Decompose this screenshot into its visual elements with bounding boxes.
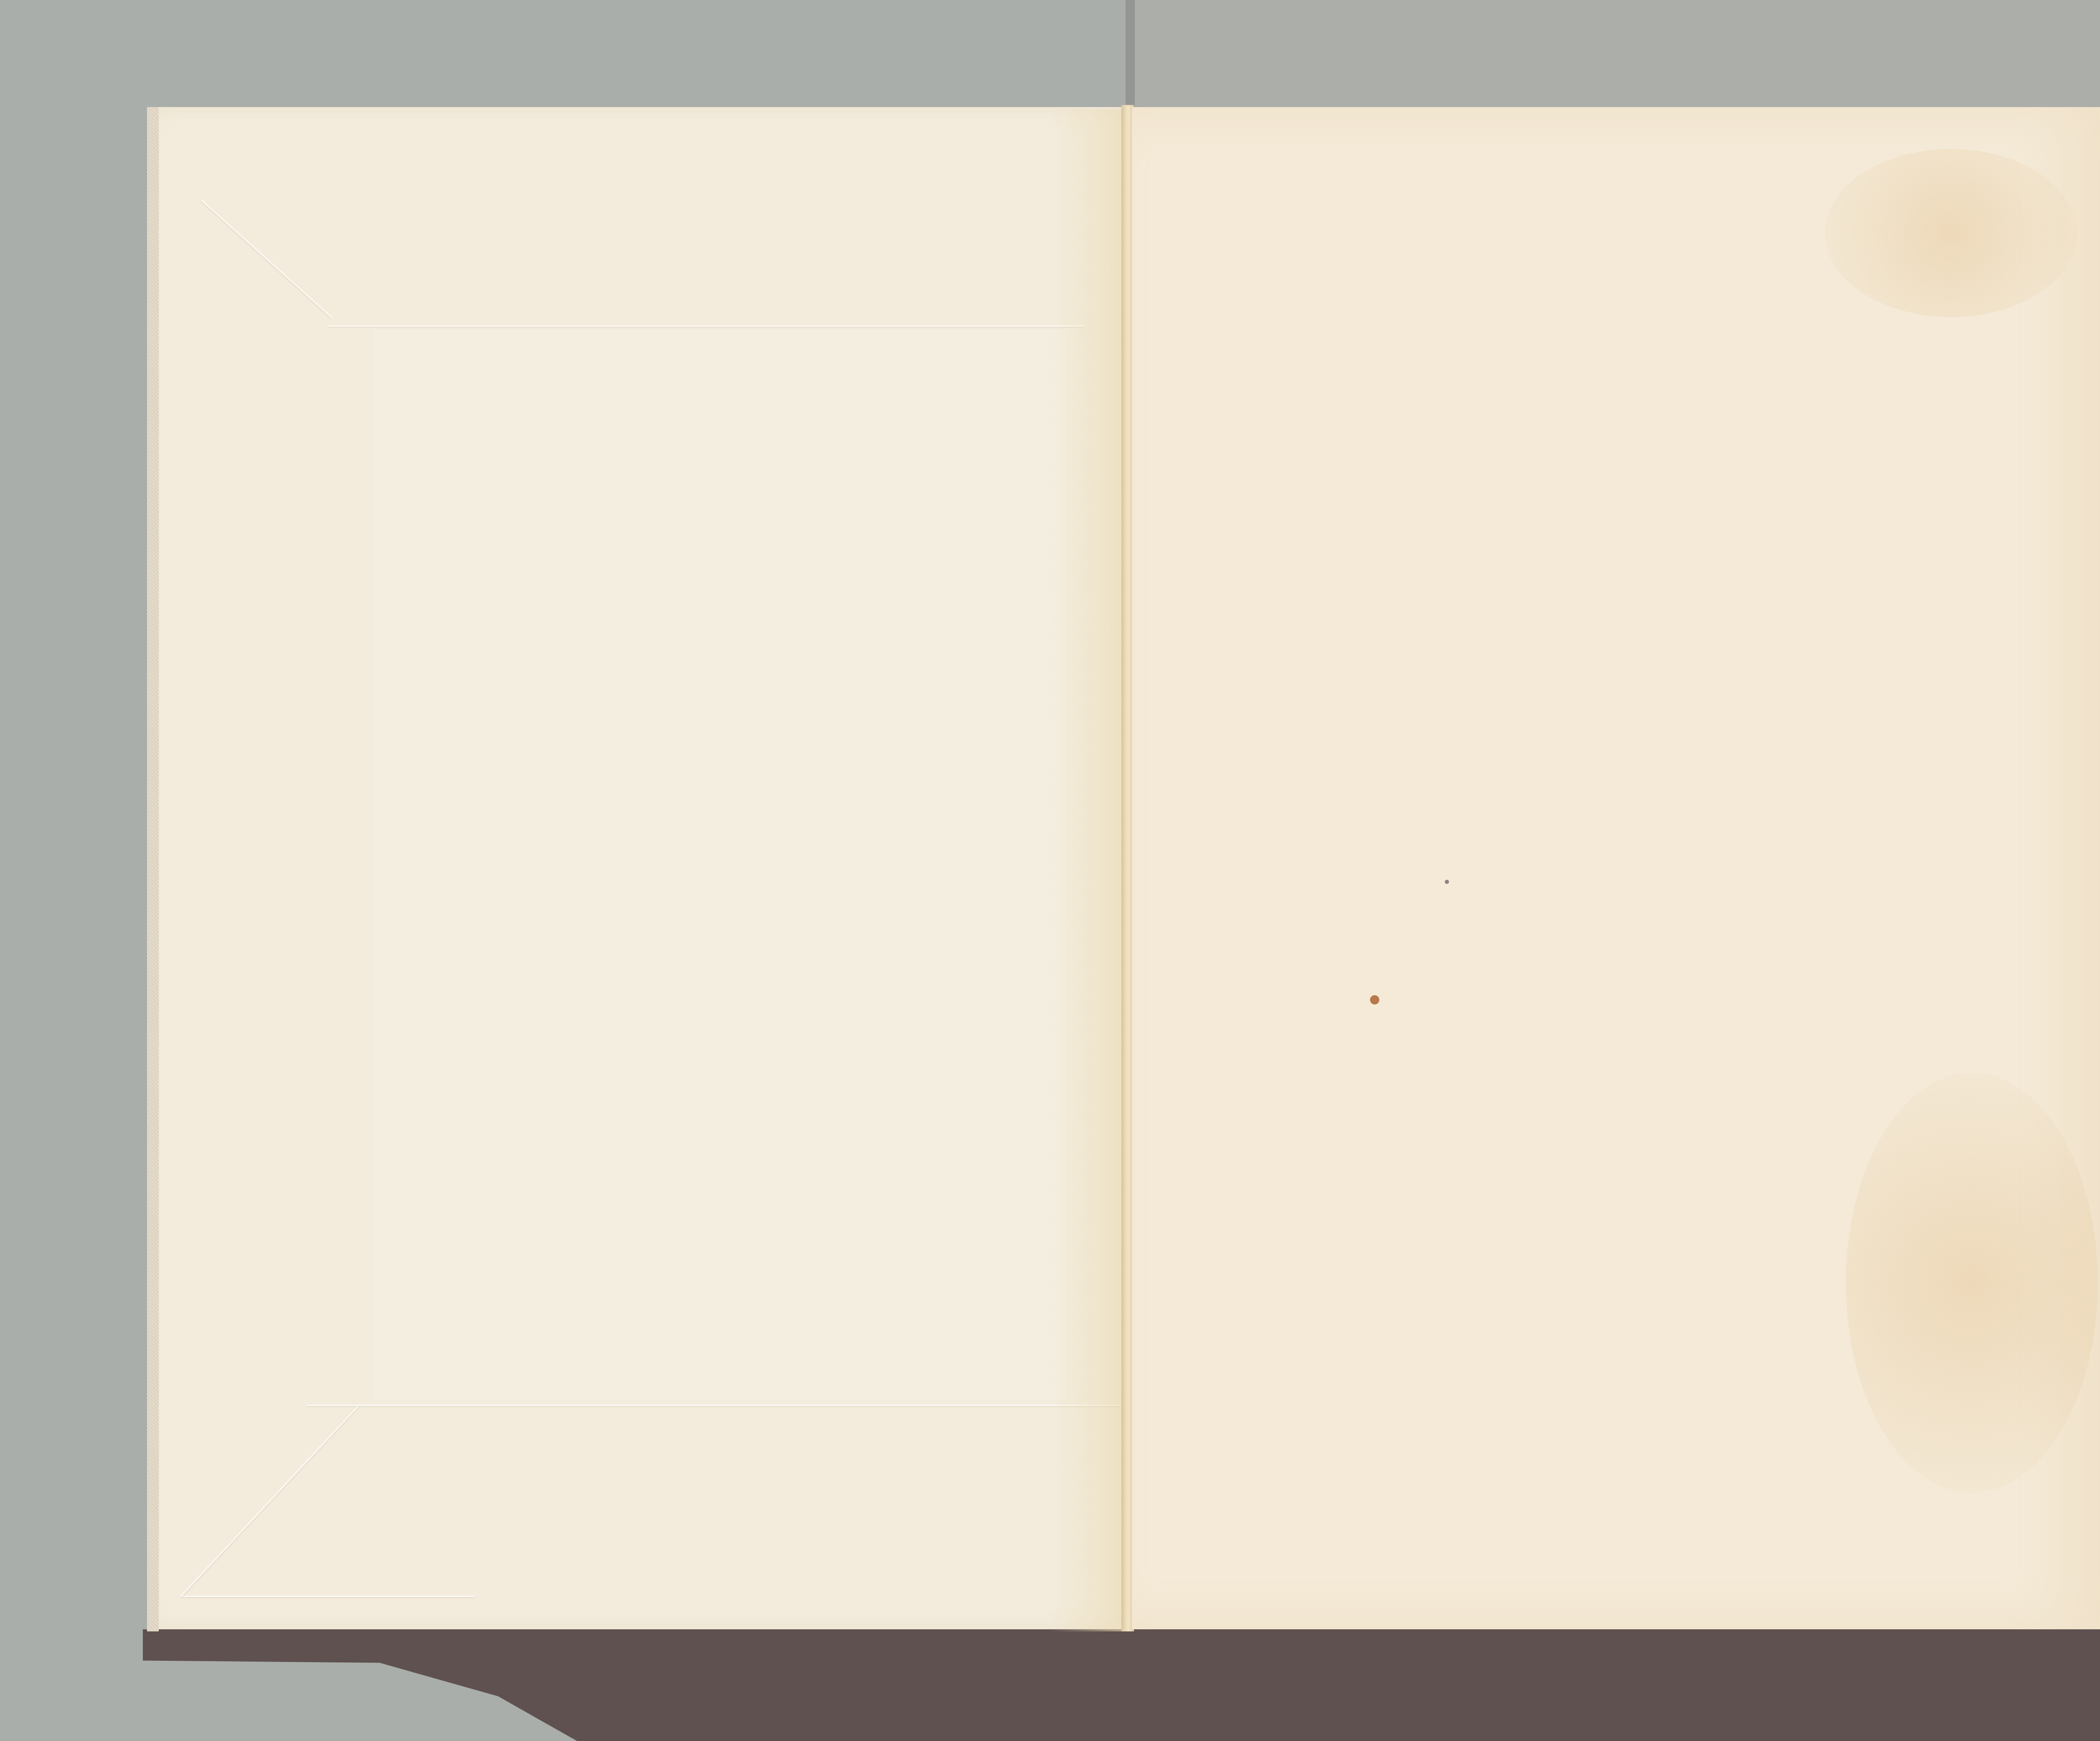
emboss-corner-top-left (201, 199, 333, 318)
speck (1445, 880, 1449, 884)
hinge-fold (1050, 109, 1123, 1631)
stain-dot (1370, 995, 1379, 1004)
embossed-panel (374, 330, 1067, 1400)
emboss-line-top (328, 325, 1084, 327)
left-page-pastedown (147, 107, 1123, 1629)
open-book (147, 105, 2100, 1631)
book-shadow-right (1130, 1629, 2100, 1741)
right-page-flyleaf (1132, 107, 2100, 1629)
emboss-line-bottom-edge (181, 1596, 475, 1597)
cloth-edge (147, 107, 159, 1631)
foxing-spot (1825, 149, 2077, 317)
foxing-spot (1846, 1073, 2098, 1493)
emboss-corner-bottom-left (181, 1405, 359, 1597)
emboss-line-bottom (307, 1405, 1168, 1406)
